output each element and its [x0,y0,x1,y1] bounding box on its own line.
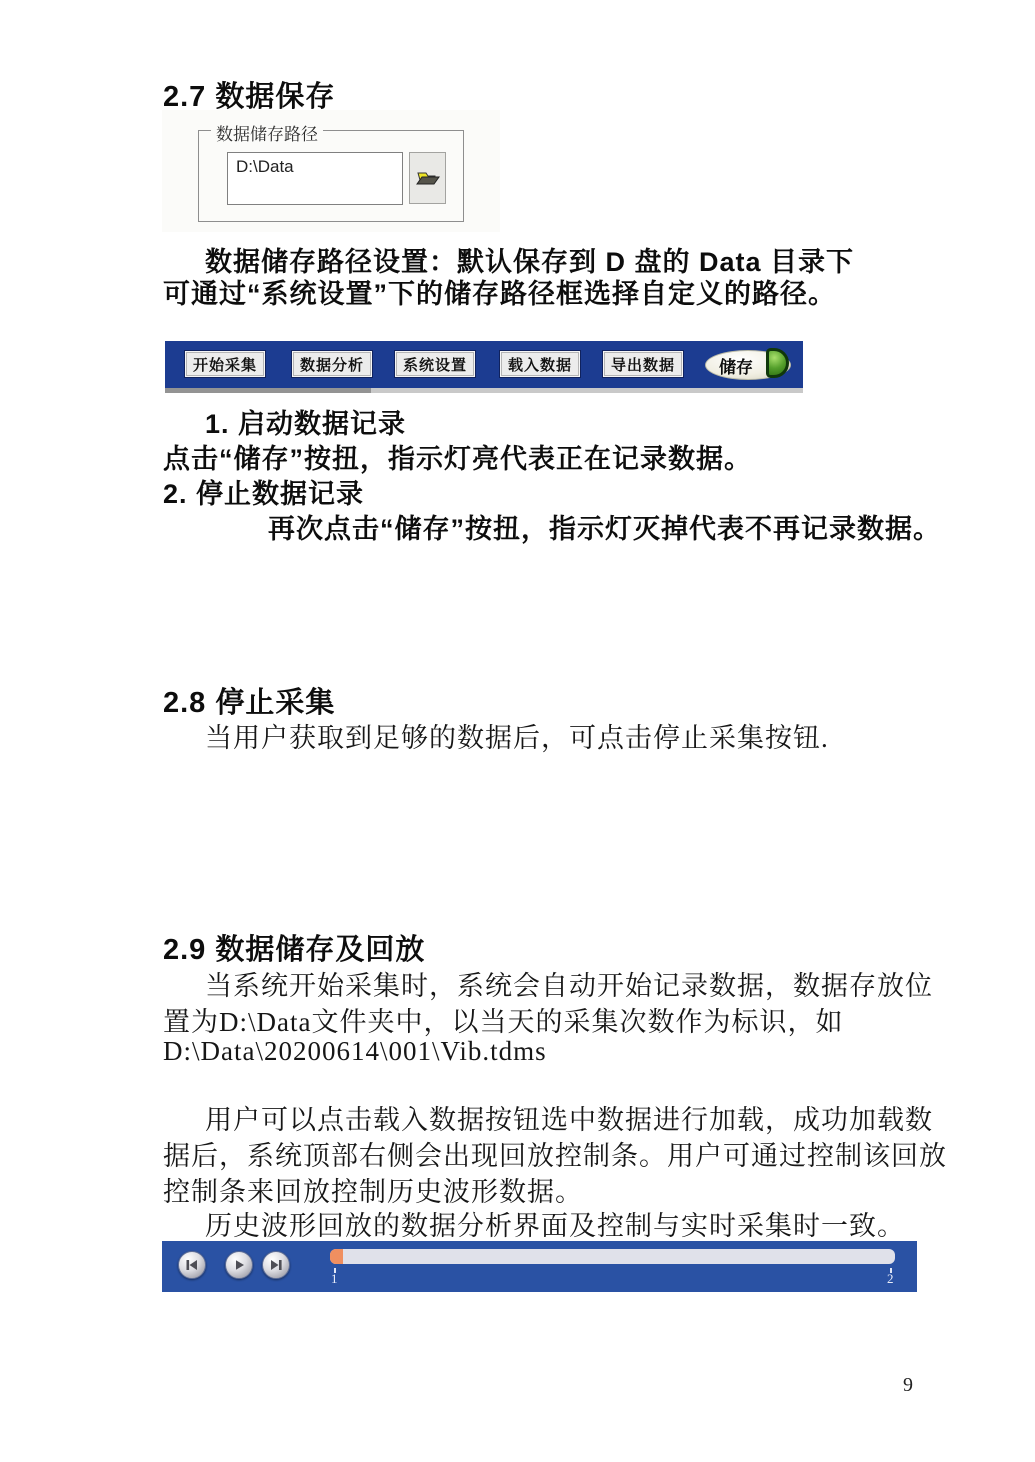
toolbar-bottom-strip-dark [165,388,371,393]
skip-to-start-icon [185,1258,199,1272]
playback-slider-handle[interactable] [330,1249,343,1264]
section-2-7-heading: 2.7 数据保存 [163,74,335,115]
para-2-7-line2: 可通过“系统设置”下的储存路径框选择自定义的路径。 [163,272,836,311]
data-analysis-button[interactable]: 数据分析 [292,351,372,377]
save-toggle-button[interactable]: 储存 [705,350,791,380]
record-indicator-led [766,348,789,378]
slider-start-label: 1 [331,1271,338,1287]
storage-path-input[interactable]: D:\Data [227,152,403,205]
slider-end-label: 2 [887,1271,894,1287]
system-settings-button[interactable]: 系统设置 [395,351,475,377]
browse-folder-button[interactable] [409,152,446,204]
save-button-label: 储存 [719,353,753,378]
step-2-text: 再次点击“储存”按扭，指示灯灭掉代表不再记录数据。 [268,507,941,546]
storage-path-value: D:\Data [228,153,402,181]
step-1-text: 点击“储存”按扭，指示灯亮代表正在记录数据。 [163,437,752,476]
storage-path-groupbox: 数据储存路径 D:\Data [198,130,464,222]
play-button[interactable] [225,1251,253,1279]
skip-to-start-button[interactable] [178,1251,206,1279]
para-2-8: 当用户获取到足够的数据后，可点击停止采集按钮. [205,716,829,755]
start-acquisition-button[interactable]: 开始采集 [185,351,265,377]
storage-path-screenshot: 数据储存路径 D:\Data [162,110,500,232]
export-data-button[interactable]: 导出数据 [603,351,683,377]
playback-slider-track[interactable] [330,1249,895,1264]
para-2-9b-line4: 历史波形回放的数据分析界面及控制与实时采集时一致。 [205,1204,905,1243]
step-2-title: 2. 停止数据记录 [163,472,364,511]
load-data-button[interactable]: 载入数据 [500,351,580,377]
step-1-title: 1. 启动数据记录 [205,402,406,441]
para-2-9b-line2: 据后，系统顶部右侧会出现回放控制条。用户可通过控制该回放 [163,1134,947,1173]
section-2-9-heading: 2.9 数据储存及回放 [163,927,425,968]
toolbar-bottom-strip-light [371,388,803,393]
page-number: 9 [903,1374,913,1397]
skip-to-end-button[interactable] [262,1251,290,1279]
skip-to-end-icon [269,1258,283,1272]
para-2-9a-line3: D:\Data\20200614\001\Vib.tdms [163,1036,547,1067]
section-2-8-heading: 2.8 停止采集 [163,680,335,721]
acquisition-toolbar: 开始采集 数据分析 系统设置 载入数据 导出数据 储存 [165,341,803,388]
para-2-9a-line2: 置为D:\Data文件夹中，以当天的采集次数作为标识，如 [163,1000,843,1039]
play-icon [232,1258,246,1272]
storage-path-groupbox-label: 数据储存路径 [211,120,323,145]
document-page: 2.7 数据保存 数据储存路径 D:\Data 数据储存路径设置：默认保存到 D… [0,0,1035,1462]
para-2-9a-line1: 当系统开始采集时，系统会自动开始记录数据，数据存放位 [205,964,933,1003]
open-folder-icon [415,168,441,188]
playback-control-bar: 1 2 [162,1241,917,1292]
para-2-9b-line1: 用户可以点击载入数据按钮选中数据进行加载，成功加载数 [205,1098,933,1137]
